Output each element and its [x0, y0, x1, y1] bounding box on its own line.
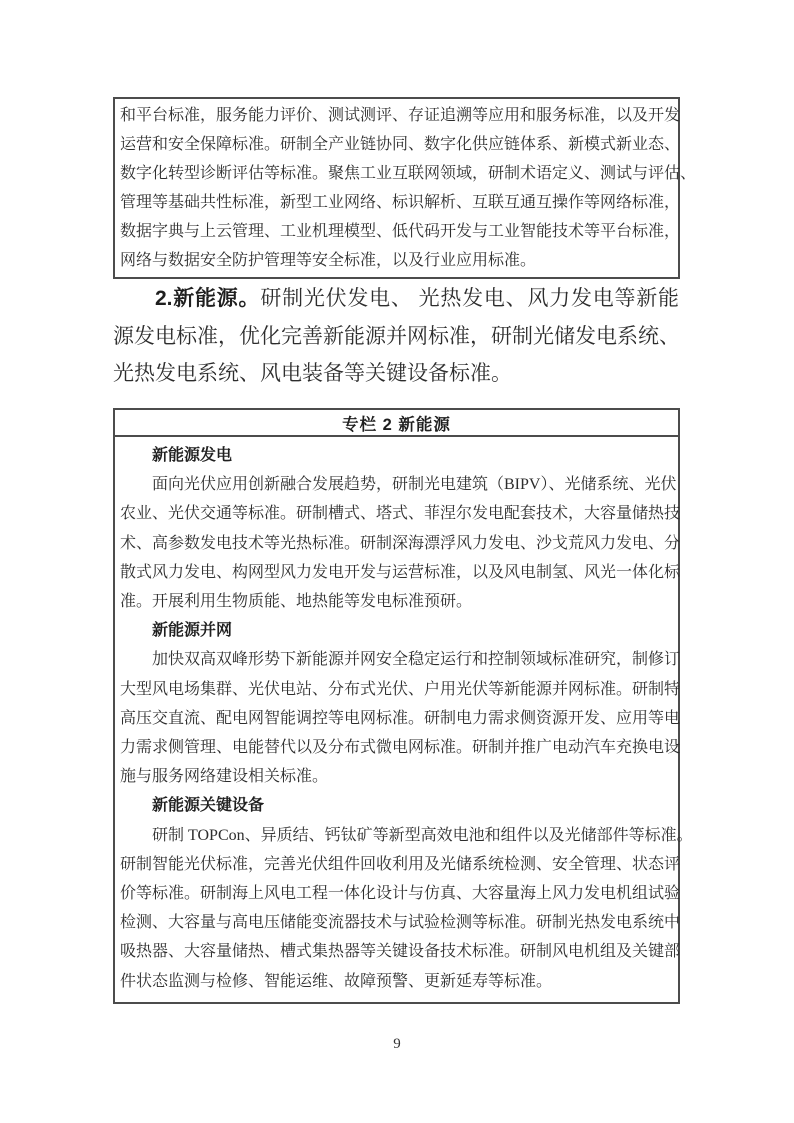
text-line: 件状态监测与检修、智能运维、故障预警、更新延寿等标准。	[120, 967, 673, 996]
section-heading-generation: 新能源发电	[120, 441, 673, 470]
text-line: 加快双高双峰形势下新能源并网安全稳定运行和控制领域标准研究，制修订	[120, 645, 673, 674]
text-line: 力需求侧管理、电能替代以及分布式微电网标准。研制并推广电动汽车充换电设	[120, 733, 673, 762]
section-heading-grid-connection: 新能源并网	[120, 616, 673, 645]
text-line: 光热发电系统、风电装备等关键设备标准。	[113, 355, 679, 393]
text-line: 准。开展利用生物质能、地热能等发电标准预研。	[120, 587, 673, 616]
text-line: 和平台标准，服务能力评价、测试测评、存证追溯等应用和服务标准，以及开发	[120, 101, 673, 130]
text-line: 管理等基础共性标准，新型工业网络、标识解析、互联互通互操作等网络标准，	[120, 188, 673, 217]
text-line: 源发电标准，优化完善新能源并网标准，研制光储发电系统、	[113, 318, 679, 356]
text-line: 大型风电场集群、光伏电站、分布式光伏、户用光伏等新能源并网标准。研制特	[120, 675, 673, 704]
paragraph-new-energy: 2.新能源。研制光伏发电、 光热发电、风力发电等新能 源发电标准，优化完善新能源…	[113, 280, 679, 393]
column-box-new-energy: 专栏 2 新能源 新能源发电 面向光伏应用创新融合发展趋势，研制光电建筑（BIP…	[113, 408, 680, 1004]
text-line: 数字化转型诊断评估等标准。聚焦工业互联网领域，研制术语定义、测试与评估、	[120, 159, 673, 188]
text-line: 术、高参数发电技术等光热标准。研制深海漂浮风力发电、沙戈荒风力发电、分	[120, 529, 673, 558]
continued-text-box: 和平台标准，服务能力评价、测试测评、存证追溯等应用和服务标准，以及开发 运营和安…	[113, 97, 680, 279]
text-line: 面向光伏应用创新融合发展趋势，研制光电建筑（BIPV）、光储系统、光伏	[120, 470, 673, 499]
text-line: 运营和安全保障标准。研制全产业链协同、数字化供应链体系、新模式新业态、	[120, 130, 673, 159]
text-line: 网络与数据安全防护管理等安全标准，以及行业应用标准。	[120, 246, 673, 275]
column-box-body: 新能源发电 面向光伏应用创新融合发展趋势，研制光电建筑（BIPV）、光储系统、光…	[115, 437, 678, 1002]
paragraph-number-label: 2.新能源。	[155, 287, 260, 310]
text-line: 2.新能源。研制光伏发电、 光热发电、风力发电等新能	[113, 280, 679, 318]
text-line: 研制智能光伏标准，完善光伏组件回收利用及光储系统检测、安全管理、状态评	[120, 850, 673, 879]
text-line: 散式风力发电、构网型风力发电开发与运营标准，以及风电制氢、风光一体化标	[120, 558, 673, 587]
text-line: 吸热器、大容量储热、槽式集热器等关键设备技术标准。研制风电机组及关键部	[120, 937, 673, 966]
text-line: 价等标准。研制海上风电工程一体化设计与仿真、大容量海上风力发电机组试验	[120, 879, 673, 908]
text-line: 施与服务网络建设相关标准。	[120, 762, 673, 791]
text-line: 数据字典与上云管理、工业机理模型、低代码开发与工业智能技术等平台标准，	[120, 217, 673, 246]
text-line: 农业、光伏交通等标准。研制槽式、塔式、菲涅尔发电配套技术，大容量储热技	[120, 499, 673, 528]
section-heading-key-equipment: 新能源关键设备	[120, 791, 673, 820]
paragraph-text: 研制光伏发电、 光热发电、风力发电等新能	[260, 286, 679, 310]
text-line: 检测、大容量与高电压储能变流器技术与试验检测等标准。研制光热发电系统中	[120, 908, 673, 937]
text-line: 高压交直流、配电网智能调控等电网标准。研制电力需求侧资源开发、应用等电	[120, 704, 673, 733]
column-box-title: 专栏 2 新能源	[115, 410, 678, 437]
page-number: 9	[0, 1036, 794, 1053]
text-line: 研制 TOPCon、异质结、钙钛矿等新型高效电池和组件以及光储部件等标准。	[120, 821, 673, 850]
document-page: 和平台标准，服务能力评价、测试测评、存证追溯等应用和服务标准，以及开发 运营和安…	[0, 0, 794, 1123]
